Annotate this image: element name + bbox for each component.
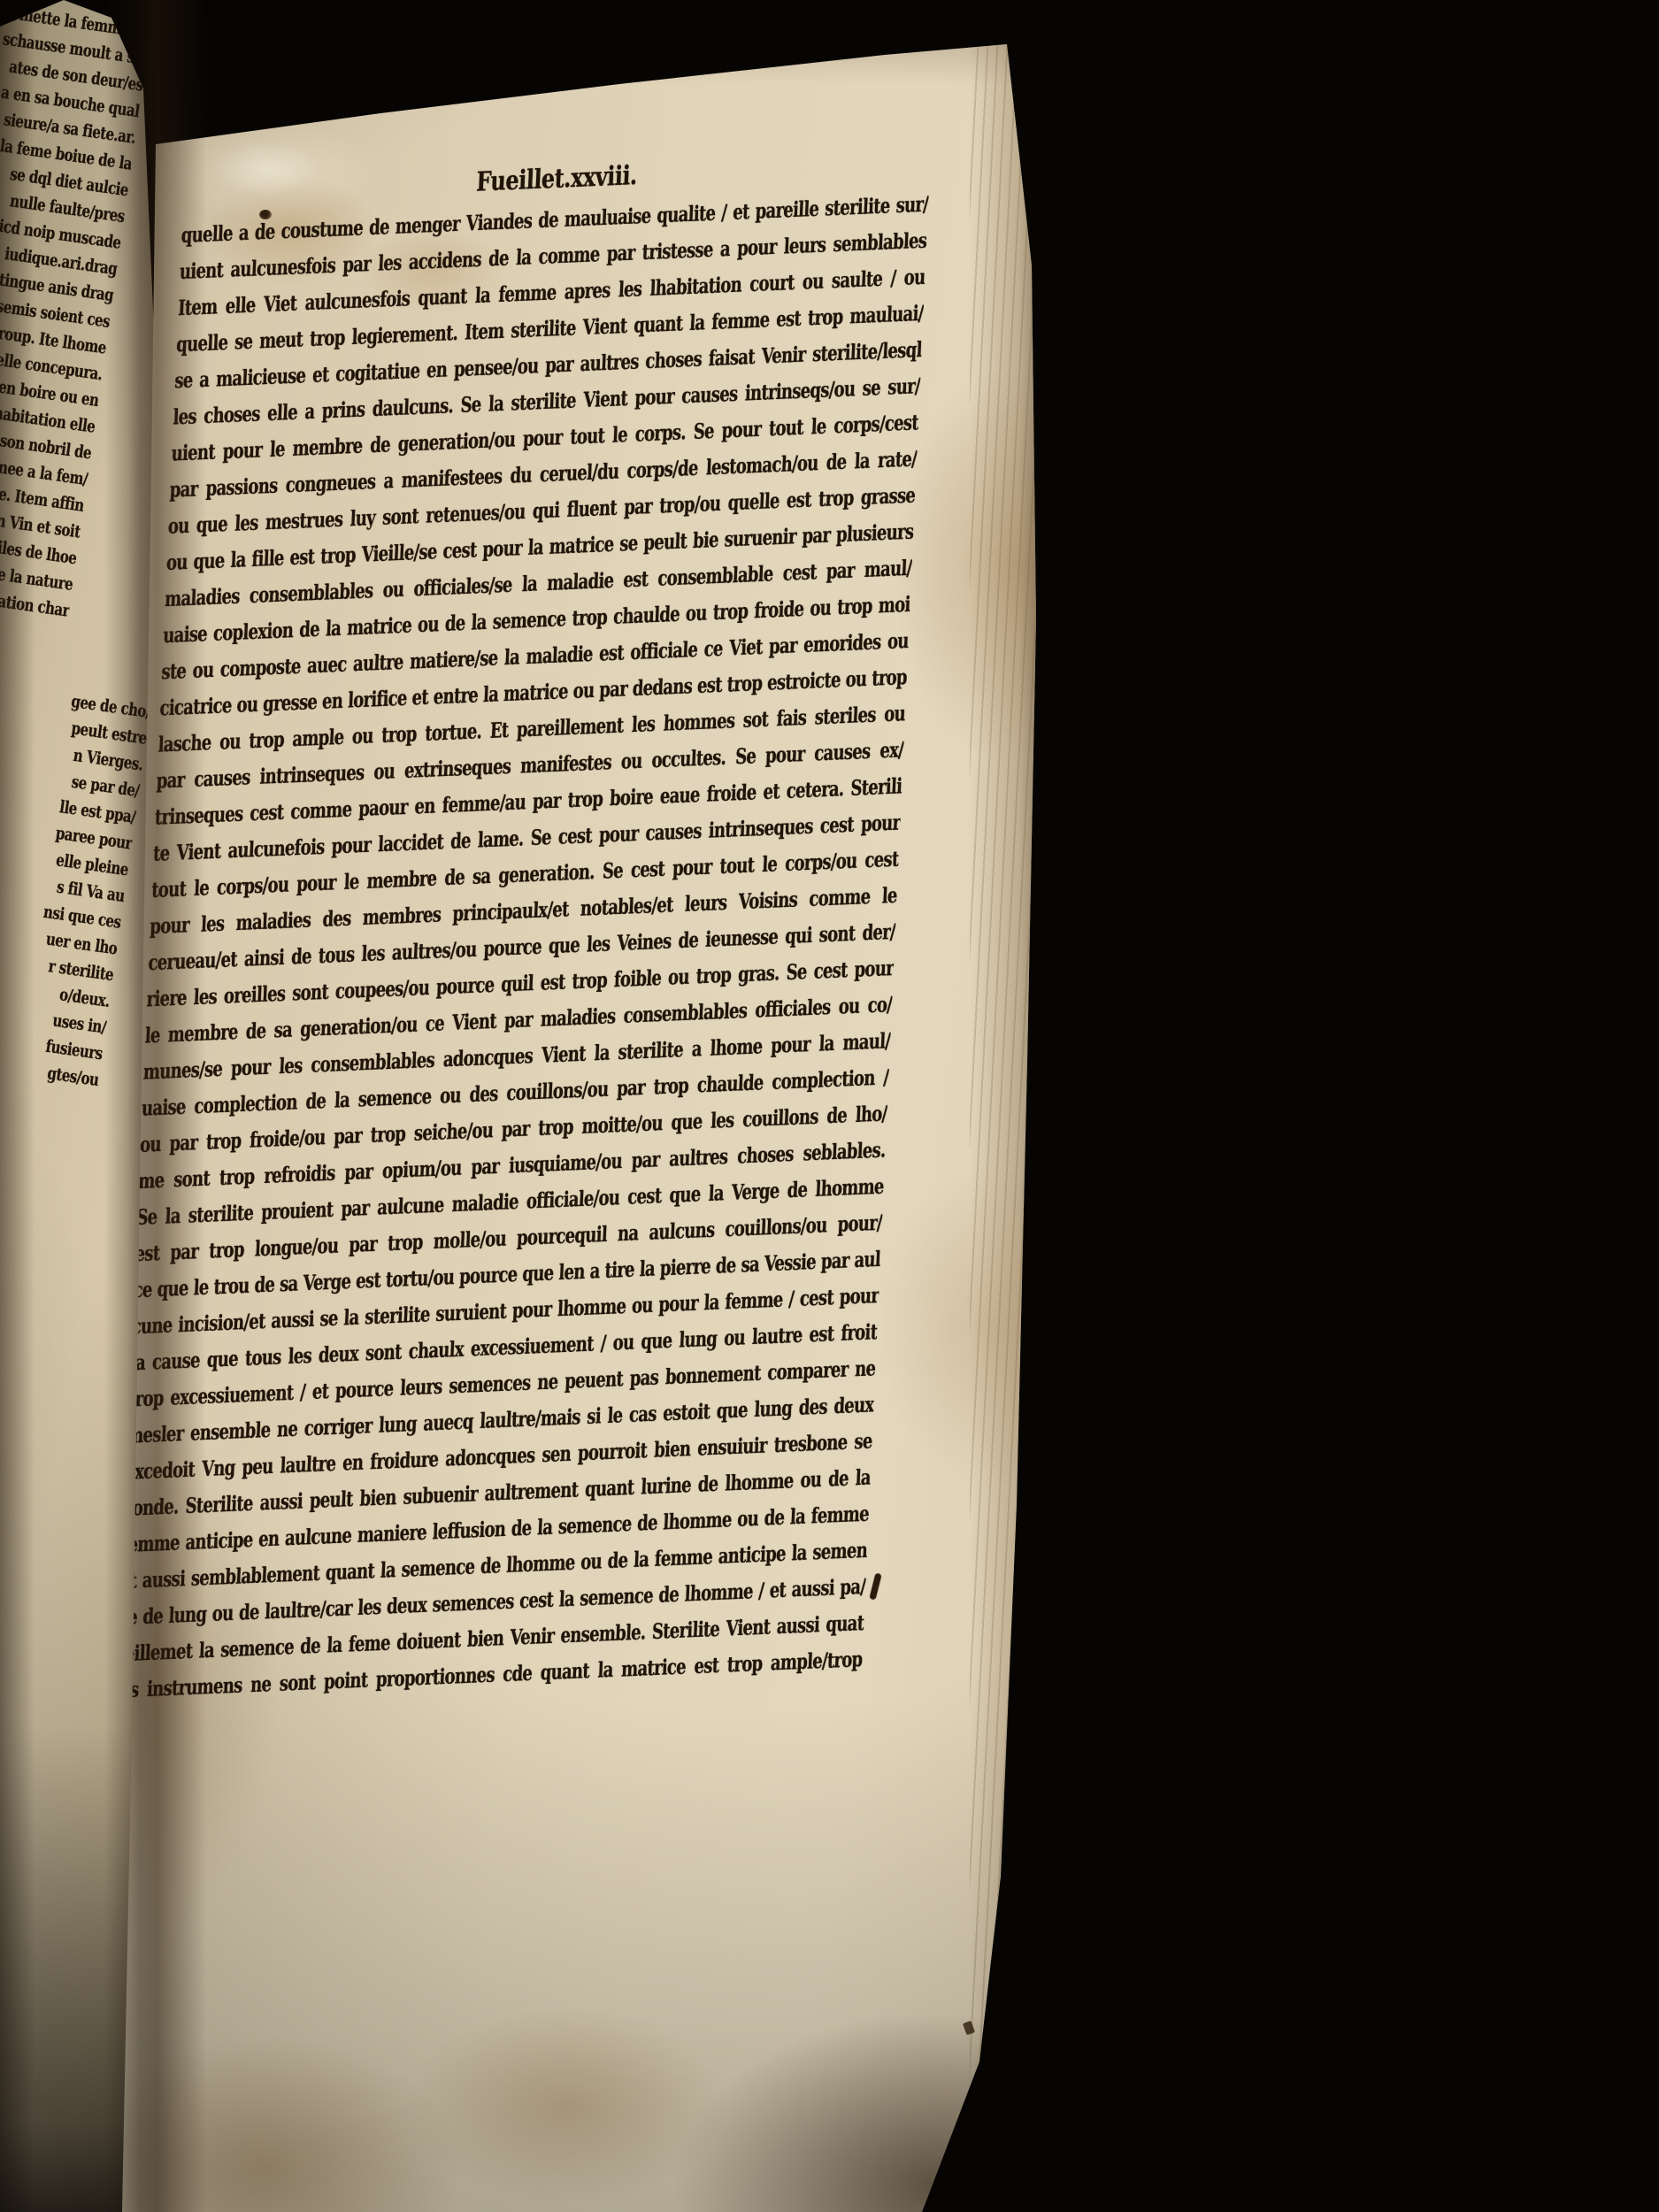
printed-text-block: Fueillet.xxviii. quelle a de coustume de… xyxy=(114,144,931,1709)
fore-edge-pages xyxy=(970,35,1051,2185)
ink-mark xyxy=(869,1573,881,1601)
book-photo-scene: la mette la femme enschausse moult a sei… xyxy=(0,0,1659,2212)
body-text: quelle a de coustume de menger Viandes d… xyxy=(114,187,929,1709)
gutter-shadow xyxy=(104,0,206,2212)
book-page: Fueillet.xxviii. quelle a de coustume de… xyxy=(0,0,1659,2212)
